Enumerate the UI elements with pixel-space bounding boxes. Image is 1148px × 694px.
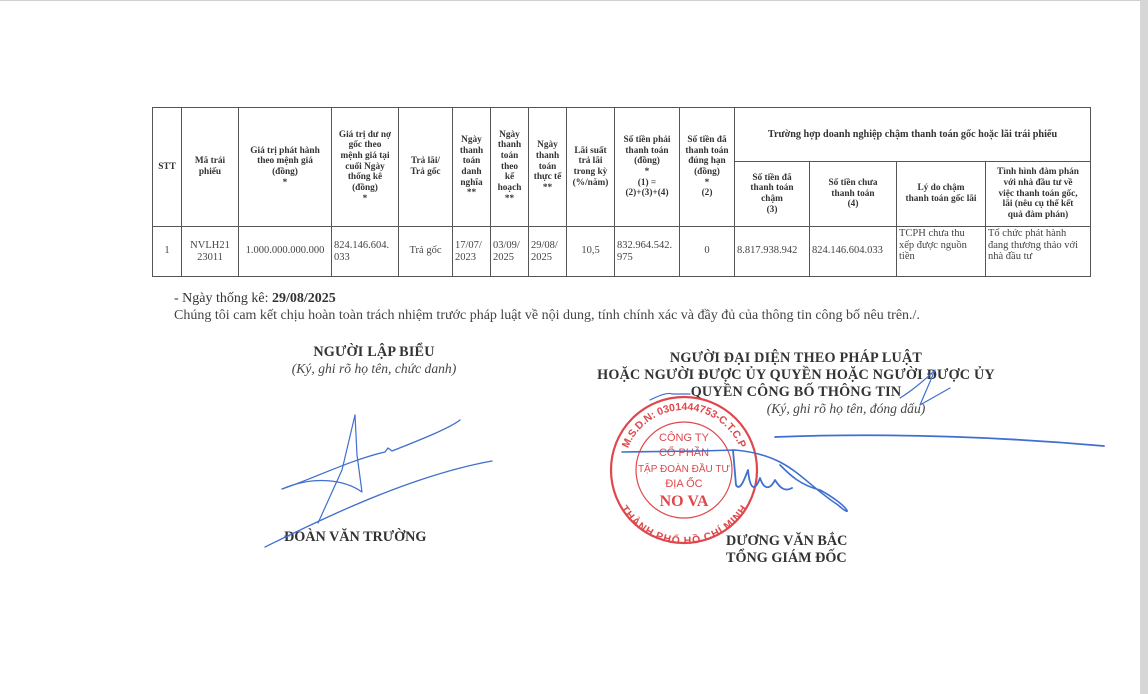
header-amount-due: Số tiền phảithanh toán(đồng)*(1) =(2)+(3… [615,108,680,227]
statistics-date: - Ngày thống kê: 29/08/2025 [174,291,336,307]
header-paid-on-time: Số tiền đãthanh toánđúng hạn(đồng)*(2) [680,108,735,227]
representative-name: DƯƠNG VĂN BẮC [726,533,847,550]
header-paid-late: Số tiền đãthanh toánchậm(3) [735,162,810,227]
representative-position: TỔNG GIÁM ĐỐC [726,550,847,567]
representative-title-line-3: QUYỀN CÔNG BỐ THÔNG TIN [566,384,1026,401]
svg-text:CÔNG TY: CÔNG TY [659,431,710,444]
svg-text:ĐỊA ỐC: ĐỊA ỐC [665,476,702,490]
cell-interest-rate: 10,5 [567,227,615,277]
header-nominal-date: Ngàythanhtoándanhnghĩa** [453,108,491,227]
representative-signature-block: NGƯỜI ĐẠI DIỆN THEO PHÁP LUẬT HOẶC NGƯỜI… [566,350,1026,417]
cell-outstanding-principal: 824.146.604.033 [332,227,399,277]
svg-text:NO VA: NO VA [660,493,709,510]
cell-stt: 1 [153,227,182,277]
svg-text:TẬP ĐOÀN ĐẦU TƯ: TẬP ĐOÀN ĐẦU TƯ [638,462,731,475]
company-stamp: M.S.D.N: 0301444753-C.T.C.P THÀNH PHỐ HỒ… [0,0,1148,694]
preparer-name: ĐOÀN VĂN TRƯỜNG [284,529,426,546]
header-planned-date: Ngàythanhtoántheokếhoạch** [491,108,529,227]
vertical-scrollbar[interactable] [1140,0,1148,694]
cell-planned-date: 03/09/2025 [491,227,529,277]
representative-title-line-1: NGƯỜI ĐẠI DIỆN THEO PHÁP LUẬT [566,350,1026,367]
header-bond-code: Mã tráiphiếu [182,108,239,227]
bond-payment-table: STT Mã tráiphiếu Giá trị phát hànhtheo m… [152,107,1091,277]
preparer-instruction: (Ký, ghi rõ họ tên, chức danh) [248,361,500,377]
header-payment-type: Trả lãi/Trả gốc [399,108,453,227]
header-actual-date: Ngàythanhtoánthực tế** [529,108,567,227]
header-stt: STT [153,108,182,227]
header-late-reason: Lý do chậmthanh toán gốc lãi [897,162,986,227]
svg-text:CỔ PHẦN: CỔ PHẦN [659,446,709,459]
cell-payment-type: Trả gốc [399,227,453,277]
cell-nominal-date: 17/07/2023 [453,227,491,277]
document-page: STT Mã tráiphiếu Giá trị phát hànhtheo m… [0,0,1140,694]
header-late-payment-group: Trường hợp doanh nghiệp chậm thanh toán … [735,108,1091,162]
commitment-statement: Chúng tôi cam kết chịu hoàn toàn trách n… [174,308,920,324]
cell-issue-value: 1.000.000.000.000 [239,227,332,277]
preparer-title: NGƯỜI LẬP BIỂU [248,344,500,361]
cell-amount-due: 832.964.542.975 [615,227,680,277]
cell-paid-on-time: 0 [680,227,735,277]
table-row: 1 NVLH2123011 1.000.000.000.000 824.146.… [153,227,1091,277]
header-unpaid: Số tiền chưathanh toán(4) [810,162,897,227]
header-outstanding-principal: Giá trị dư nợgốc theomệnh giá tạicuối Ng… [332,108,399,227]
cell-paid-late: 8.817.938.942 [735,227,810,277]
header-issue-value: Giá trị phát hànhtheo mệnh giá(đồng)* [239,108,332,227]
header-negotiation: Tình hình đàm phánvới nhà đầu tư vềviệc … [986,162,1091,227]
cell-actual-date: 29/08/2025 [529,227,567,277]
cell-negotiation: Tổ chức phát hànhđang thương thảo vớinhà… [986,227,1091,277]
representative-title-line-2: HOẶC NGƯỜI ĐƯỢC ỦY QUYỀN HOẶC NGƯỜI ĐƯỢC… [566,367,1026,384]
preparer-signature-block: NGƯỜI LẬP BIỂU (Ký, ghi rõ họ tên, chức … [248,344,500,377]
cell-unpaid: 824.146.604.033 [810,227,897,277]
statistics-date-value: 29/08/2025 [272,291,336,306]
header-interest-rate: Lãi suấttrả lãitrong kỳ(%/năm) [567,108,615,227]
statistics-date-label: - Ngày thống kê: [174,291,272,306]
cell-bond-code: NVLH2123011 [182,227,239,277]
cell-late-reason: TCPH chưa thuxếp được nguồntiền [897,227,986,277]
signature-strokes [0,0,1148,694]
representative-instruction: (Ký, ghi rõ họ tên, đóng dấu) [666,401,1026,417]
